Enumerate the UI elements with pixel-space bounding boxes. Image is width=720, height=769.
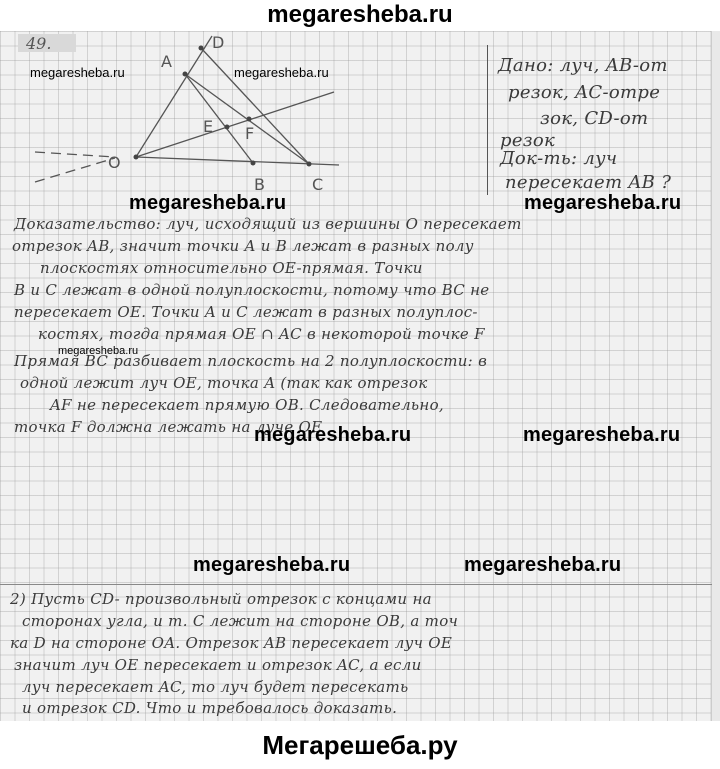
watermark: megaresheba.ru xyxy=(193,554,350,577)
proof-line: ка D на стороне OA. Отрезок AB пересекае… xyxy=(10,634,452,652)
proof-line: отрезок AB, значит точки A и B лежат в р… xyxy=(12,237,474,255)
proof-line: значит луч OE пересекает и отрезок AC, а… xyxy=(14,656,422,674)
ray-OE xyxy=(136,92,334,157)
label-O: O xyxy=(108,153,121,172)
given-line: пересекает AB ? xyxy=(505,172,671,193)
given-line: Дано: луч, AB-от xyxy=(498,55,668,76)
proof-line: плоскостях относительно OE-прямая. Точки xyxy=(40,259,423,277)
proof-line: луч пересекает AC, то луч будет пересека… xyxy=(22,678,409,696)
segment-AB xyxy=(185,74,253,163)
watermark: megaresheba.ru xyxy=(524,192,681,215)
proof-line: и отрезок CD. Что и требовалось доказать… xyxy=(22,699,397,717)
section-divider xyxy=(0,584,712,585)
site-banner-bottom: Мегарешеба.ру xyxy=(0,722,720,769)
watermark: megaresheba.ru xyxy=(30,65,125,80)
given-line: Док-ть: луч xyxy=(500,148,617,169)
given-line: зок, CD-от xyxy=(540,108,648,129)
proof-line: Прямая BC разбивает плоскость на 2 полуп… xyxy=(14,352,487,370)
watermark: megaresheba.ru xyxy=(129,192,286,215)
label-E: E xyxy=(203,117,213,136)
given-line: резок, AC-отре xyxy=(508,82,660,103)
proof-line: костях, тогда прямая OE ∩ AC в некоторой… xyxy=(38,325,485,343)
label-D: D xyxy=(212,33,224,52)
given-divider xyxy=(487,45,488,195)
watermark: megaresheba.ru xyxy=(464,554,621,577)
proof-line: одной лежит луч OE, точка A (так как отр… xyxy=(20,374,427,392)
label-C: C xyxy=(312,175,323,194)
ray-dashed-2 xyxy=(35,152,115,157)
proof-line: пересекает OE. Точки A и C лежат в разны… xyxy=(14,303,478,321)
watermark: megaresheba.ru xyxy=(523,424,680,447)
site-banner-top: megaresheba.ru xyxy=(0,0,720,30)
proof-line: 2) Пусть CD- произвольный отрезок с конц… xyxy=(10,590,432,608)
label-A: A xyxy=(161,52,172,71)
ray-OA xyxy=(136,36,212,157)
proof-line: Доказательство: луч, исходящий из вершин… xyxy=(14,215,522,233)
watermark: megaresheba.ru xyxy=(254,424,411,447)
label-F: F xyxy=(245,124,254,143)
proof-line: сторонах угла, и т. C лежит на стороне O… xyxy=(22,612,458,630)
ray-dashed-1 xyxy=(35,158,115,182)
proof-line: B и C лежат в одной полуплоскости, потом… xyxy=(14,281,489,299)
watermark: megaresheba.ru xyxy=(234,65,329,80)
proof-line: AF не пересекает прямую OB. Следовательн… xyxy=(50,396,444,414)
